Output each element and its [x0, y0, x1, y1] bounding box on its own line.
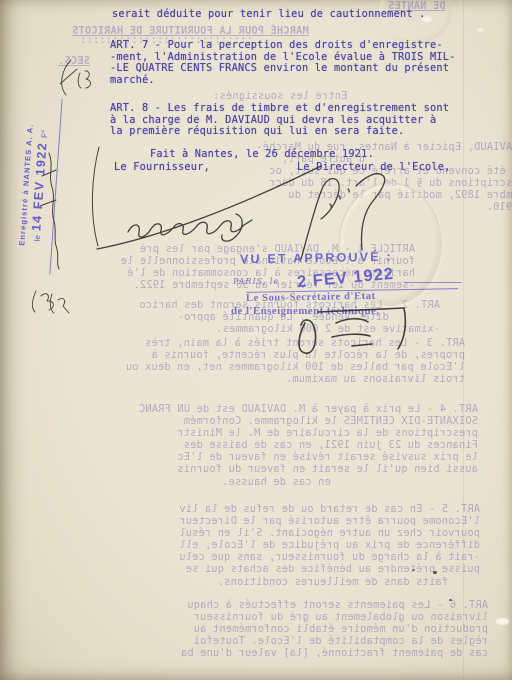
- text-line: SOIXANTE-DIX CENTIMES le kilogramme. Con…: [58, 415, 478, 427]
- text-line: la première réquisition qui lui en sera …: [110, 126, 449, 138]
- paragraph-article8: ART. 8 - Les frais de timbre et d'enregi…: [110, 103, 449, 138]
- text-line: aux prescriptions du § 1 de l'art. 18 du…: [87, 177, 512, 189]
- text-line: différence de prix au préjudice de l'Eco…: [60, 539, 480, 551]
- approval-stamp-signatory: Le Sous-Secrétaire d'Etat: [246, 291, 376, 304]
- text-line: ART. 8 - Les frais de timbre et d'enregi…: [110, 103, 449, 115]
- text-line: le prix susvisé serait révisé en faveur …: [58, 451, 478, 463]
- dateline: Fait à Nantes, le 26 décembre 1921.: [150, 149, 374, 161]
- bleed-article3-paragraph: ART. 3 - Les haricots seront triés à la …: [45, 337, 465, 385]
- fournisseur-label: Le Fournisseur,: [114, 162, 210, 174]
- text-line: ART. 6 - Les paiements seront effectués …: [68, 599, 488, 611]
- paper-crease: [463, 0, 464, 680]
- text-line: 1910.: [87, 201, 512, 213]
- text-line: en cas de hausse.: [58, 476, 478, 488]
- text-line: Finances du 23 juin 1921, en cas de bais…: [58, 439, 478, 451]
- text-line: ART. 4 - Le prix à payer à M. DAVIAUD es…: [58, 403, 478, 415]
- paper-flaw-spot: [477, 28, 484, 32]
- text-line: pourvoir chez un autre négociant. S'il e…: [60, 527, 480, 539]
- bleed-article5-paragraph: ART. 5 - En cas de retard ou de refus de…: [60, 503, 480, 588]
- bleed-fragment-soussignes: Entre les soussignés:: [213, 90, 347, 102]
- text-line: 18 novembre 1892, modifié par le décret …: [87, 189, 512, 201]
- paper-speck: [433, 571, 437, 574]
- approval-stamp-department: de l'Enseignement technique,: [231, 305, 379, 317]
- approval-stamp-title: VU ET APPROUVÉ :: [240, 250, 393, 267]
- text-line: marché.: [110, 75, 456, 87]
- text-line: aussi bien qu'il le serait en faveur du …: [58, 463, 478, 475]
- bleed-article4-paragraph: ART. 4 - Le prix à payer à M. DAVIAUD es…: [58, 403, 478, 488]
- text-line: cas de paiement fractionné, [la] valeur …: [68, 647, 488, 659]
- text-line: -rait à la charge du fournisseur, sans q…: [60, 551, 480, 563]
- approval-stamp-place: PARIS, le: [233, 277, 279, 286]
- approval-stamp-rule-short: [404, 282, 462, 283]
- text-line: prescriptions de la circulaire de M. le …: [58, 427, 478, 439]
- text-line: l'Econome pourra être autorisé par le Di…: [60, 515, 480, 527]
- paragraph-cautionnement: serait déduite pour tenir lieu de cautio…: [112, 9, 426, 21]
- paper-speck: [412, 569, 415, 571]
- text-line: faits dans de meilleures conditions.: [60, 576, 480, 588]
- text-line: ART. 3 - Les haricots seront triés à la …: [45, 337, 465, 349]
- paper-flaw-spot: [496, 618, 509, 625]
- text-line: ART. 5 - En cas de retard ou de refus de…: [60, 503, 480, 515]
- text-line: ART. 7 - Pour la perception des droits d…: [110, 40, 456, 52]
- scanned-document-page: DE NANTES MARCHÉ POUR LA FOURNITURE DE H…: [0, 0, 512, 680]
- directeur-label: Le Directeur de l'Ecole,: [297, 162, 451, 174]
- paper-speck: [449, 599, 452, 601]
- text-line: -LE QUATRE CENTS FRANCS environ le monta…: [110, 63, 456, 75]
- text-line: règles de la comptabilité de l'Ecole. To…: [68, 635, 488, 647]
- paragraph-article7: ART. 7 - Pour la perception des droits d…: [110, 40, 456, 86]
- text-line: trois livraisons au maximum.: [45, 373, 465, 385]
- text-line: livraison ou globalement au gré du fourn…: [68, 611, 488, 623]
- text-line: production d'un mémoire établi conformém…: [68, 623, 488, 635]
- text-line: propres, de la récolte la plus récente, …: [45, 349, 465, 361]
- text-line: l'Ecole par balles de 100 kilogrammes ne…: [45, 361, 465, 373]
- bleed-fragment-secs: SECS.: [58, 55, 90, 67]
- text-line: -ximative est de 2 000 kilogrammes.: [40, 323, 440, 335]
- text-line: puisse prétendre au bénéfice des achats …: [60, 563, 480, 575]
- bleed-article6-paragraph: ART. 6 - Les paiements seront effectués …: [68, 599, 488, 659]
